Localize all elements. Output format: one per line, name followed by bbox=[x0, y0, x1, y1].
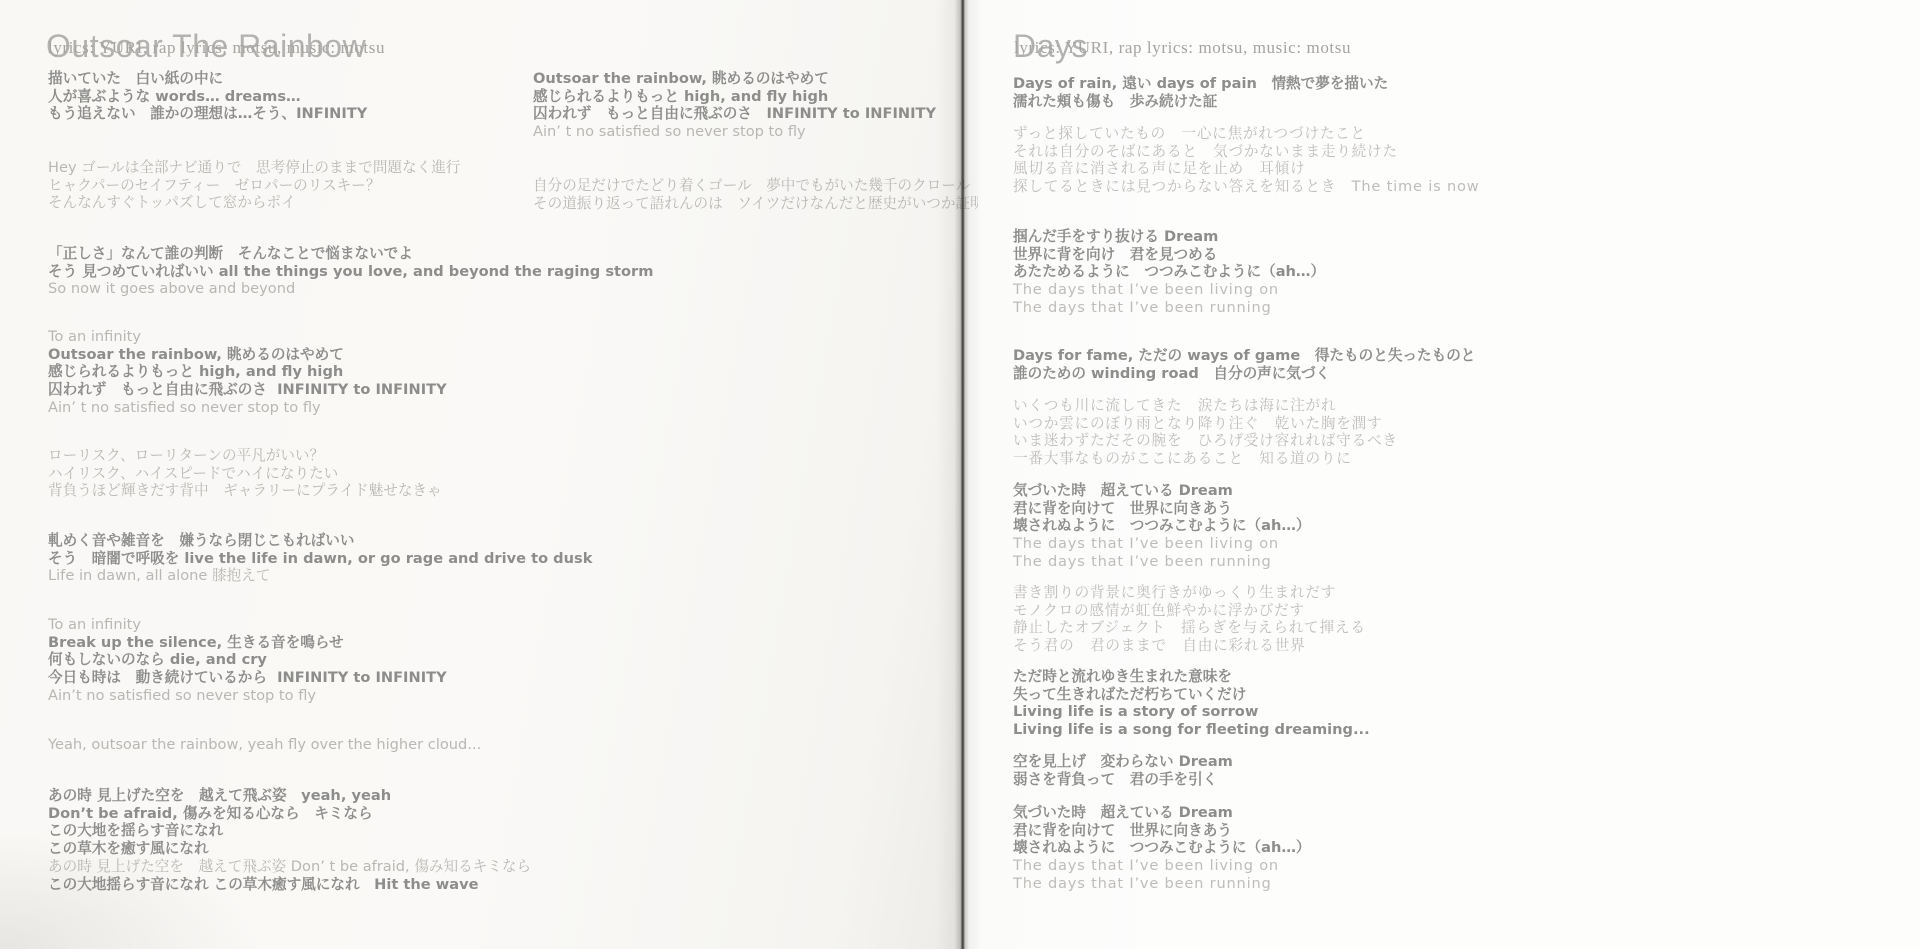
lyric-line: 感じられるよりもっと high, and fly high bbox=[533, 88, 936, 106]
song-credits: lyrics: YURI, rap lyrics: motsu, music: … bbox=[48, 38, 385, 57]
lyric-line: To an infinity bbox=[48, 616, 447, 634]
stanza-outro: あの時 見上げた空を 越えて飛ぶ姿 yeah, yeahDon’t be afr… bbox=[48, 787, 531, 893]
lyric-line: 弱さを背負って 君の手を引く bbox=[1013, 771, 1233, 789]
lyric-line: 軋めく音や雑音を 嫌うなら閉じこもればいい bbox=[48, 532, 592, 550]
lyric-line: Ain’ t no satisfied so never stop to fly bbox=[533, 123, 936, 141]
lyric-line: 君に背を向けて 世界に向きあう bbox=[1013, 500, 1311, 518]
page-days: Days lyrics: YURI, rap lyrics: motsu, mu… bbox=[978, 0, 1920, 949]
stanza-verse-1: 描いていた 白い紙の中に人が喜ぶような words… dreams…もう追えない… bbox=[48, 70, 367, 123]
lyric-line: ずっと探していたもの 一心に焦がれつづけたこと bbox=[1013, 125, 1479, 143]
stanza-rap-right: 自分の足だけでたどり着くゴール 夢中でもがいた幾千のクロールその道振り返って語れ… bbox=[533, 177, 985, 212]
song-credits: lyrics: YURI, rap lyrics: motsu, music: … bbox=[1014, 38, 1351, 57]
page-outsoar-the-rainbow: Outsoar The Rainbow lyrics: YURI, rap ly… bbox=[0, 0, 962, 949]
lyric-line: Break up the silence, 生きる音を鳴らせ bbox=[48, 634, 447, 652]
stanza-rap-1: Hey ゴールは全部ナビ通りで 思考停止のままで問題なく進行ヒャクパーのセイフテ… bbox=[48, 159, 460, 212]
lyric-line: 壊されぬように つつみこむように（ah…） bbox=[1013, 517, 1311, 535]
lyric-line: そんなんすぐトッパズして窓からポイ bbox=[48, 194, 460, 212]
lyric-line: Outsoar the rainbow, 眺めるのはやめて bbox=[48, 346, 447, 364]
lyric-line: それは自分のそばにあると 気づかないまま走り続けた bbox=[1013, 143, 1479, 161]
lyric-line: Days for fame, ただの ways of game 得たものと失った… bbox=[1013, 347, 1475, 365]
lyric-line: Living life is a story of sorrow bbox=[1013, 703, 1370, 721]
lyric-line: ただ時と流れゆき生まれた意味を bbox=[1013, 668, 1370, 686]
lyric-line: そう君の 君のままで 自由に彩れる世界 bbox=[1013, 637, 1366, 655]
lyric-line: So now it goes above and beyond bbox=[48, 280, 653, 298]
lyric-line: そう 見つめていればいい all the things you love, an… bbox=[48, 263, 653, 281]
booklet-spread: Outsoar The Rainbow lyrics: YURI, rap ly… bbox=[0, 0, 1920, 949]
lyric-line: いま迷わずただその腕を ひろげ受け容れれば守るべき bbox=[1013, 432, 1398, 450]
stanza-interlude: Yeah, outsoar the rainbow, yeah fly over… bbox=[48, 736, 481, 754]
lyric-line: Hey ゴールは全部ナビ通りで 思考停止のままで問題なく進行 bbox=[48, 159, 460, 177]
lyric-line: いくつも川に流してきた 涙たちは海に注がれ bbox=[1013, 397, 1398, 415]
lyric-line: あの時 見上げた空を 越えて飛ぶ姿 yeah, yeah bbox=[48, 787, 531, 805]
lyric-line: あの時 見上げた空を 越えて飛ぶ姿 Don’ t be afraid, 傷み知る… bbox=[48, 858, 531, 876]
lyric-line: 一番大事なものがここにあること 知る道のりに bbox=[1013, 450, 1398, 468]
lyric-line: 描いていた 白い紙の中に bbox=[48, 70, 367, 88]
lyric-line: 静止したオブジェクト 揺らぎを与えられて揮える bbox=[1013, 619, 1366, 637]
lyric-line: 「正しさ」なんて誰の判断 そんなことで悩まないでよ bbox=[48, 245, 653, 263]
stanza-bridge: ただ時と流れゆき生まれた意味を失って生きればただ朽ちていくだけLiving li… bbox=[1013, 668, 1370, 739]
lyric-line: 世界に背を向け 君を見つめる bbox=[1013, 246, 1325, 264]
lyric-line: Ain’t no satisfied so never stop to fly bbox=[48, 687, 447, 705]
stanza-outro: 気づいた時 超えている Dream君に背を向けて 世界に向きあう壊されぬように … bbox=[1013, 804, 1311, 893]
lyric-line: Ain’ t no satisfied so never stop to fly bbox=[48, 399, 447, 417]
lyric-line: 壊されぬように つつみこむように（ah…） bbox=[1013, 839, 1311, 857]
lyric-line: The days that I’ve been living on bbox=[1013, 281, 1325, 299]
lyric-line: そう 暗闇で呼吸を live the life in dawn, or go r… bbox=[48, 550, 592, 568]
lyric-line: 掴んだ手をすり抜ける Dream bbox=[1013, 228, 1325, 246]
lyric-line: もう追えない 誰かの理想は…そう、INFINITY bbox=[48, 105, 367, 123]
lyric-line: 空を見上げ 変わらない Dream bbox=[1013, 753, 1233, 771]
stanza-verse-2: 「正しさ」なんて誰の判断 そんなことで悩まないでよそう 見つめていればいい al… bbox=[48, 245, 653, 298]
lyric-line: Days of rain, 遠い days of pain 情熱で夢を描いた bbox=[1013, 75, 1388, 93]
lyric-line: 背負うほど輝きだす背中 ギャラリーにプライド魅せなきゃ bbox=[48, 482, 442, 500]
lyric-line: 君に背を向けて 世界に向きあう bbox=[1013, 822, 1311, 840]
lyric-line: The days that I’ve been running bbox=[1013, 299, 1325, 317]
lyric-line: 風切る音に消される声に足を止め 耳傾け bbox=[1013, 160, 1479, 178]
stanza-chorus-2: 気づいた時 超えている Dream君に背を向けて 世界に向きあう壊されぬように … bbox=[1013, 482, 1311, 571]
stanza-chorus-top-right: Outsoar the rainbow, 眺めるのはやめて感じられるよりもっと … bbox=[533, 70, 936, 141]
stanza-chorus-1: To an infinityOutsoar the rainbow, 眺めるのは… bbox=[48, 328, 447, 417]
lyric-line: ローリスク、ローリターンの平凡がいい？ bbox=[48, 447, 442, 465]
stanza-rap-2: いくつも川に流してきた 涙たちは海に注がれいつか雲にのぼり雨となり降り注ぐ 乾い… bbox=[1013, 397, 1398, 468]
stanza-rap-3: 書き割りの背景に奥行きがゆっくり生まれだすモノクロの感情が虹色鮮やかに浮かびだす… bbox=[1013, 584, 1366, 655]
stanza-rap-2: ローリスク、ローリターンの平凡がいい？ハイリスク、ハイスピードでハイになりたい背… bbox=[48, 447, 442, 500]
stanza-verse-2: Days for fame, ただの ways of game 得たものと失った… bbox=[1013, 347, 1475, 382]
lyric-line: To an infinity bbox=[48, 328, 447, 346]
lyric-line: The days that I’ve been running bbox=[1013, 875, 1311, 893]
stanza-chorus-2: To an infinityBreak up the silence, 生きる音… bbox=[48, 616, 447, 705]
lyric-line: ハイリスク、ハイスピードでハイになりたい bbox=[48, 465, 442, 483]
stanza-verse-1: Days of rain, 遠い days of pain 情熱で夢を描いた濡れ… bbox=[1013, 75, 1388, 110]
lyric-line: 今日も時は 動き続けているから INFINITY to INFINITY bbox=[48, 669, 447, 687]
lyric-line: 自分の足だけでたどり着くゴール 夢中でもがいた幾千のクロール bbox=[533, 177, 985, 195]
lyric-line: 誰のための winding road 自分の声に気づく bbox=[1013, 365, 1475, 383]
stanza-chorus-1: 掴んだ手をすり抜ける Dream世界に背を向け 君を見つめるあたためるように つ… bbox=[1013, 228, 1325, 317]
stanza-rap-1: ずっと探していたもの 一心に焦がれつづけたことそれは自分のそばにあると 気づかな… bbox=[1013, 125, 1479, 196]
lyric-line: 囚われず もっと自由に飛ぶのさ INFINITY to INFINITY bbox=[48, 381, 447, 399]
lyric-line: この草木を癒す風になれ bbox=[48, 840, 531, 858]
lyric-line: 囚われず もっと自由に飛ぶのさ INFINITY to INFINITY bbox=[533, 105, 936, 123]
stanza-pre-outro: 空を見上げ 変わらない Dream弱さを背負って 君の手を引く bbox=[1013, 753, 1233, 788]
lyric-line: 気づいた時 超えている Dream bbox=[1013, 804, 1311, 822]
lyric-line: 人が喜ぶような words… dreams… bbox=[48, 88, 367, 106]
lyric-line: Don’t be afraid, 傷みを知る心なら キミなら bbox=[48, 805, 531, 823]
lyric-line: あたためるように つつみこむように（ah…） bbox=[1013, 263, 1325, 281]
lyric-line: いつか雲にのぼり雨となり降り注ぐ 乾いた胸を潤す bbox=[1013, 415, 1398, 433]
lyric-line: その道振り返って語れんのは ソイツだけなんだと歴史がいつか証明 bbox=[533, 195, 985, 213]
lyric-line: The days that I’ve been living on bbox=[1013, 535, 1311, 553]
lyric-line: Living life is a song for fleeting dream… bbox=[1013, 721, 1370, 739]
lyric-line: The days that I’ve been living on bbox=[1013, 857, 1311, 875]
lyric-line: 探してるときには見つからない答えを知るとき The time is now bbox=[1013, 178, 1479, 196]
stanza-verse-3: 軋めく音や雑音を 嫌うなら閉じこもればいいそう 暗闇で呼吸を live the … bbox=[48, 532, 592, 585]
lyric-line: Life in dawn, all alone 膝抱えて bbox=[48, 567, 592, 585]
lyric-line: 書き割りの背景に奥行きがゆっくり生まれだす bbox=[1013, 584, 1366, 602]
lyric-line: ヒャクパーのセイフティー ゼロパーのリスキー？ bbox=[48, 177, 460, 195]
lyric-line: この大地揺らす音になれ この草木癒す風になれ Hit the wave bbox=[48, 876, 531, 894]
lyric-line: 気づいた時 超えている Dream bbox=[1013, 482, 1311, 500]
lyric-line: モノクロの感情が虹色鮮やかに浮かびだす bbox=[1013, 602, 1366, 620]
lyric-line: 感じられるよりもっと high, and fly high bbox=[48, 363, 447, 381]
lyric-line: この大地を揺らす音になれ bbox=[48, 822, 531, 840]
lyric-line: Yeah, outsoar the rainbow, yeah fly over… bbox=[48, 736, 481, 754]
lyric-line: 濡れた頬も傷も 歩み続けた証 bbox=[1013, 93, 1388, 111]
lyric-line: 失って生きればただ朽ちていくだけ bbox=[1013, 686, 1370, 704]
lyric-line: 何もしないのなら die, and cry bbox=[48, 651, 447, 669]
lyric-line: The days that I’ve been running bbox=[1013, 553, 1311, 571]
lyric-line: Outsoar the rainbow, 眺めるのはやめて bbox=[533, 70, 936, 88]
page-fold-shadow bbox=[936, 0, 982, 949]
